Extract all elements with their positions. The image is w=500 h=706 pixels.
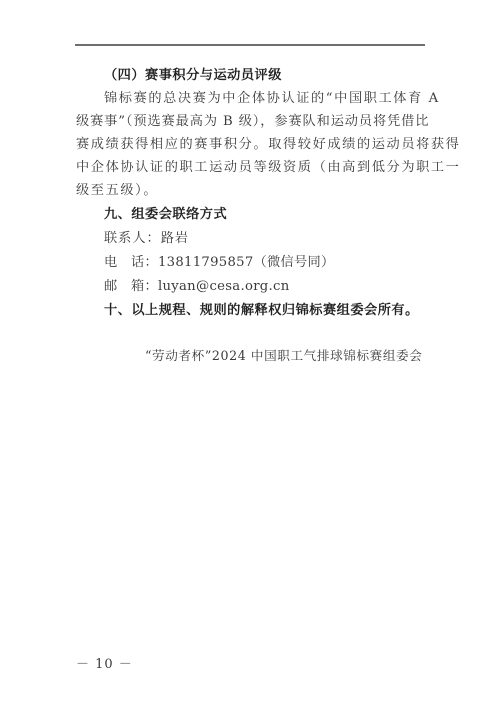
section-4-paragraph-line-4: 中企体协认证的职工运动员等级资质（由高到低分为职工一 bbox=[76, 158, 426, 178]
section-4-paragraph-line-5: 级至五级）。 bbox=[76, 181, 426, 201]
page-number: － 10 － bbox=[76, 655, 133, 675]
section-10-heading: 十、以上规程、规则的解释权归锦标赛组委会所有。 bbox=[104, 301, 454, 321]
contact-phone: 电 话：13811795857（微信号同） bbox=[104, 253, 454, 273]
section-4-paragraph-line-1: 锦标赛的总决赛为中企体协认证的“中国职工体育 A bbox=[104, 89, 426, 109]
contact-email[interactable]: 邮 箱：luyan@cesa.org.cn bbox=[104, 277, 454, 297]
header-rule-divider bbox=[75, 44, 425, 46]
section-4-paragraph-line-2: 级赛事”（预选赛最高为 B 级），参赛队和运动员将凭借比 bbox=[76, 112, 426, 132]
contact-person: 联系人：路岩 bbox=[104, 229, 454, 249]
section-4-paragraph-line-3: 赛成绩获得相应的赛事积分。取得较好成绩的运动员将获得 bbox=[76, 135, 426, 155]
section-4-heading: （四）赛事积分与运动员评级 bbox=[104, 66, 454, 86]
organizer-signature: “劳动者杯”2024 中国职工气排球锦标赛组委会 bbox=[145, 346, 422, 366]
section-9-heading: 九、组委会联络方式 bbox=[104, 205, 454, 225]
document-page: （四）赛事积分与运动员评级 锦标赛的总决赛为中企体协认证的“中国职工体育 A 级… bbox=[0, 0, 500, 706]
